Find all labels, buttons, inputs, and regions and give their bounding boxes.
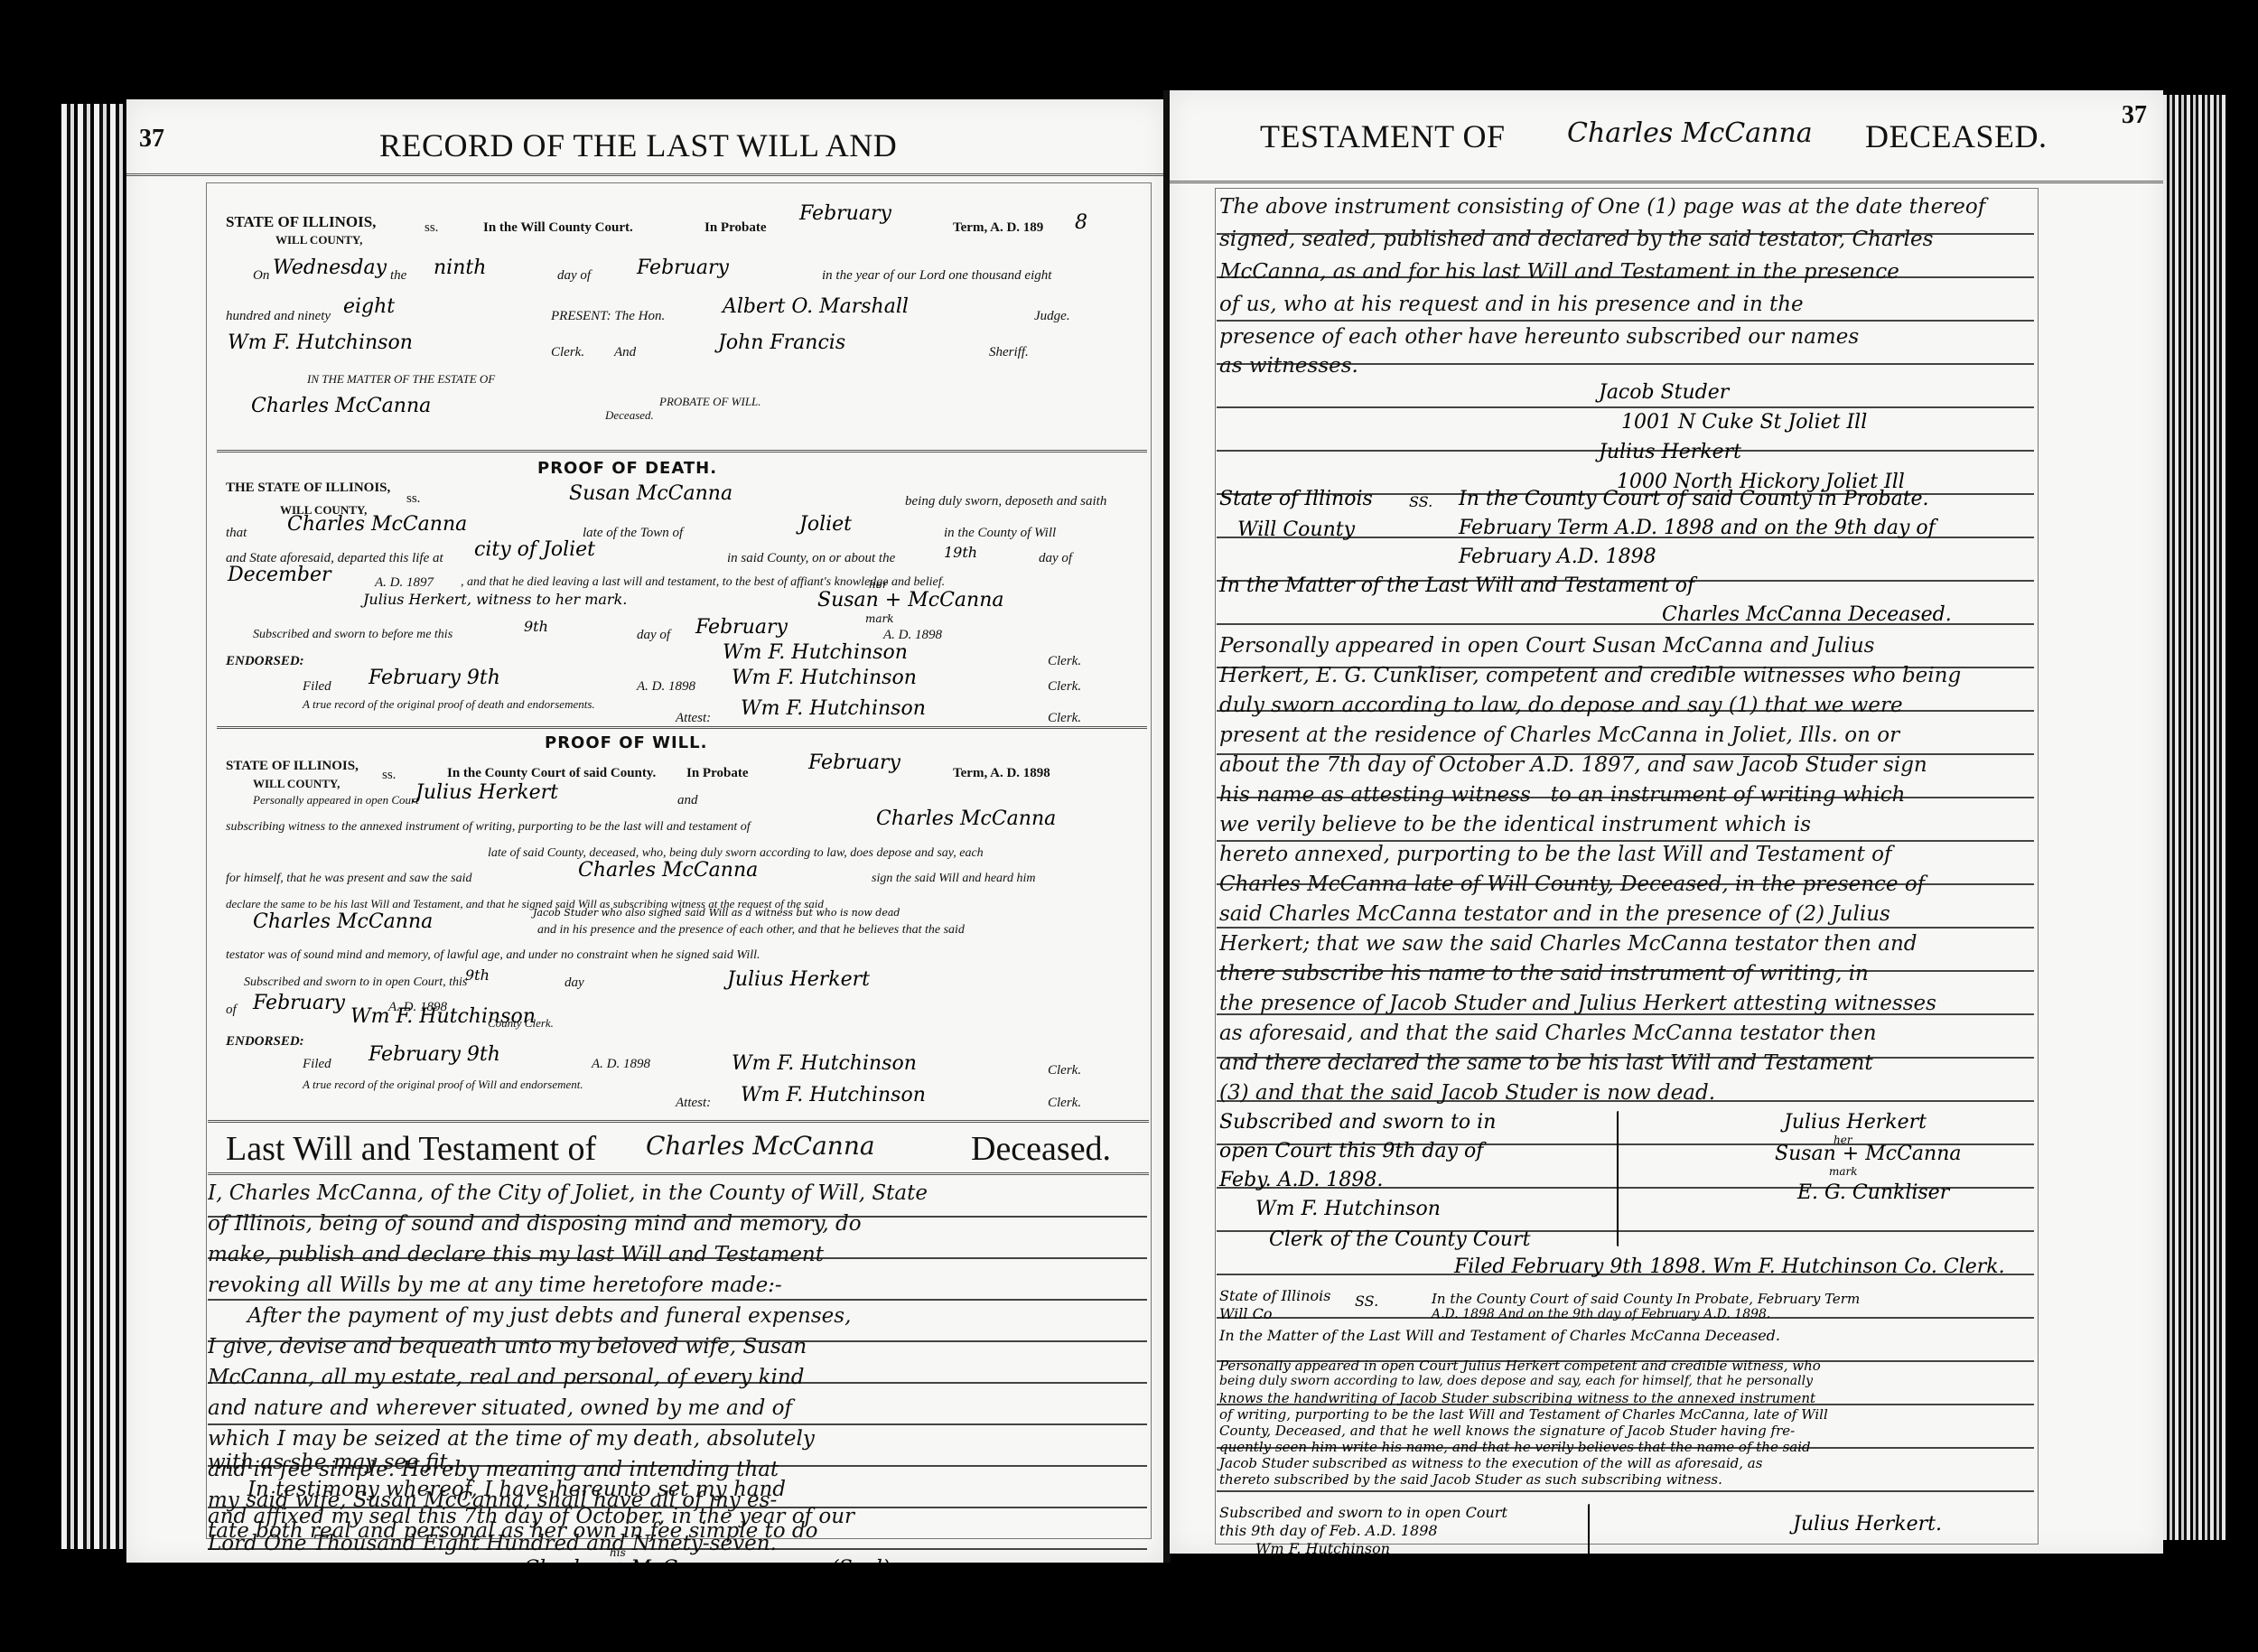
pod-filed-clerk: Wm F. Hutchinson (732, 667, 917, 689)
pod-that-label: that (226, 526, 247, 541)
in-probate-label: In Probate (704, 220, 766, 236)
ss-label: ss. (425, 220, 438, 236)
t2-line: thereto subscribed by the said Jacob Stu… (1219, 1471, 1722, 1488)
pow-appeared-label: Personally appeared in open Court (253, 793, 419, 807)
pod-witness-note: Julius Herkert, witness to her mark. (363, 591, 627, 608)
t2-line: Jacob Studer subscribed as witness to th… (1219, 1455, 1762, 1471)
will-line: with as she may see fit. (208, 1451, 1147, 1474)
t2-filed-line-2: Wm F. Hutchinson, Co. Clerk. (1662, 1578, 1879, 1595)
and-label: And (614, 345, 636, 360)
t1-court-line-1: In the County Court of said County in Pr… (1459, 488, 1929, 510)
pod-day-of-label: day of (1039, 551, 1072, 566)
t2-venue-county: Will Co (1219, 1305, 1272, 1322)
t1-jurat-line: Feby. A.D. 1898. (1219, 1169, 1383, 1191)
pod-endorsed-clerk: Wm F. Hutchinson (723, 641, 908, 664)
pod-death-year: A. D. 1897 (375, 575, 434, 591)
will-signature-mark: Mark (596, 1582, 628, 1596)
pow-clerk-label-2: Clerk. (1048, 1096, 1081, 1111)
pow-endorsed-label: ENDORSED: (226, 1034, 304, 1050)
proof-of-death-title: PROOF OF DEATH. (537, 459, 717, 478)
pow-testator-2: Charles McCanna (578, 859, 758, 882)
right-page: 37 TESTAMENT OF Charles McCanna DECEASED… (1170, 90, 2163, 1554)
t1-signature-1: Julius Herkert (1784, 1111, 1927, 1134)
pow-county-clerk-label: County Clerk. (488, 1016, 554, 1031)
t1-line: the presence of Jacob Studer and Julius … (1219, 992, 2032, 1015)
court-label: In the Will County Court. (483, 220, 633, 236)
proof-of-will-title: PROOF OF WILL. (545, 733, 707, 752)
will-witness-2: Julius Herkert (220, 1601, 324, 1618)
judge-name: Albert O. Marshall (723, 295, 909, 318)
section-rule (217, 726, 1147, 729)
pow-sound-mind-label: testator was of sound mind and memory, o… (226, 948, 760, 963)
t1-line: duly sworn according to law, do depose a… (1219, 694, 2032, 717)
t1-line: his name as attesting witness to an inst… (1219, 783, 2032, 807)
pow-subscribing-label: subscribing witness to the annexed instr… (226, 820, 751, 835)
pow-for-himself-label: for himself, that he was present and saw… (226, 872, 471, 886)
left-page-number: 37 (139, 125, 164, 154)
t1-signature-2: Susan + McCanna (1775, 1143, 1962, 1165)
attestation-line: as witnesses. (1219, 354, 2032, 378)
pow-and-label: and (677, 793, 698, 808)
book-page-edges-right (2163, 95, 2226, 1540)
t1-line: we verily believe to be the identical in… (1219, 813, 2032, 836)
will-line: make, publish and declare this my last W… (208, 1243, 1147, 1266)
will-witness-label: Witness to his mark, (208, 1563, 386, 1582)
pow-filed-clerk: Wm F. Hutchinson (732, 1052, 917, 1075)
t2-line: knows the handwriting of Jacob Studer su… (1219, 1390, 1815, 1406)
t1-line: as aforesaid, and that the said Charles … (1219, 1022, 2032, 1045)
t1-matter-name: Charles McCanna Deceased. (1662, 603, 1952, 626)
weekday: Wednesday (273, 257, 387, 279)
pod-filed-label: Filed (303, 679, 331, 695)
pow-term-month: February (808, 751, 900, 774)
t1-line: about the 7th day of October A.D. 1897, … (1219, 753, 2032, 777)
pow-county-label: WILL COUNTY, (253, 777, 340, 791)
deceased-label: Deceased. (605, 408, 654, 423)
left-page-title: RECORD OF THE LAST WILL AND (379, 126, 897, 164)
t1-line: Herkert; that we saw the said Charles Mc… (1219, 932, 2032, 956)
term-year-digit: 8 (1075, 211, 1087, 234)
will-line: In testimony whereof, I have hereunto se… (208, 1478, 1147, 1501)
day-value: ninth (434, 257, 486, 279)
pod-death-day: 19th (944, 544, 977, 561)
will-heading-rule-top (208, 1120, 1149, 1123)
t1-venue-county: Will County (1237, 518, 1355, 541)
t2-filed-line-1: Filed February 9th 1898 (1635, 1558, 1814, 1575)
pod-subscribed-month: February (695, 616, 788, 639)
t1-line: and there declared the same to be his la… (1219, 1051, 2032, 1075)
proof-of-will-endorsement: Wm F. Hutchinson County Clerk. ENDORSED:… (126, 1016, 1165, 1106)
right-title-name: Charles McCanna (1567, 117, 1813, 149)
pow-interlineation: Jacob Studer who also signed said Will a… (533, 907, 900, 919)
month-value: February (637, 257, 729, 279)
pod-filed-date: February 9th (369, 667, 500, 689)
will-line: McCanna, all my estate, real and persona… (208, 1366, 1147, 1389)
will-line: After the payment of my just debts and f… (208, 1304, 1147, 1328)
pod-sworn-label: being duly sworn, deposeth and saith (905, 494, 1106, 509)
on-label: On (253, 268, 269, 284)
the-label: the (390, 268, 406, 284)
t2-jurat-line: Clerk of the County Court. (1255, 1556, 1451, 1573)
hundred-label: hundred and ninety (226, 309, 331, 324)
pow-month: February (253, 992, 345, 1014)
pod-clerk-label-3: Clerk. (1048, 711, 1081, 726)
will-witness-1: Jacob Studer (215, 1584, 310, 1601)
deceased-name: Charles McCanna (251, 395, 431, 417)
probate-of-will-label: PROBATE OF WILL. (659, 395, 761, 409)
t2-jurat-line: Subscribed and sworn to in open Court (1219, 1504, 1507, 1521)
t1-line: Personally appeared in open Court Susan … (1219, 634, 2032, 658)
term-month: February (799, 202, 891, 225)
pod-clerk-label-1: Clerk. (1048, 654, 1081, 669)
pow-signature: Julius Herkert (727, 968, 870, 991)
pow-testator: Charles McCanna (876, 807, 1056, 830)
pod-ss-label: ss. (406, 491, 420, 507)
pod-attest-label: Attest: (676, 711, 711, 726)
will-line: which I may be seized at the time of my … (208, 1427, 1147, 1451)
pow-state-label: STATE OF ILLINOIS, (226, 759, 359, 774)
t2-ss: SS. (1355, 1293, 1378, 1310)
pod-filed-year: A. D. 1898 (637, 679, 695, 695)
pow-filed-label: Filed (303, 1057, 331, 1072)
t1-line: there subscribe his name to the said ins… (1219, 962, 2032, 985)
t1-line: Herkert, E. G. Cunkliser, competent and … (1219, 664, 2032, 687)
pow-attest-clerk: Wm F. Hutchinson (741, 1084, 926, 1106)
pow-in-probate-label: In Probate (686, 766, 748, 781)
attestation-line: McCanna, as and for his last Will and Te… (1219, 260, 2032, 284)
right-title-suffix: DECEASED. (1865, 117, 2048, 155)
t1-ss: SS. (1409, 493, 1432, 510)
clerk-label: Clerk. (551, 345, 584, 360)
present-label: PRESENT: The Hon. (551, 309, 665, 324)
t1-line: hereto annexed, purporting to be the las… (1219, 843, 2032, 866)
proof-of-will-section: PROOF OF WILL. STATE OF ILLINOIS, WILL C… (126, 732, 1165, 1030)
pow-presence-label: and in his presence and the presence of … (537, 923, 965, 938)
t1-jurat-line: Clerk of the County Court (1269, 1228, 1530, 1251)
pow-testator-3: Charles McCanna (253, 910, 433, 933)
will-heading-rule-bottom (208, 1172, 1149, 1175)
t1-court-line-2: February Term A.D. 1898 and on the 9th d… (1459, 517, 1936, 539)
attestation-witness-1-name: Jacob Studer (1599, 381, 1729, 404)
probate-header-section: STATE OF ILLINOIS, WILL COUNTY, ss. In t… (126, 182, 1165, 453)
day-of-label: day of (557, 268, 591, 284)
pod-death-month: December (228, 564, 331, 586)
pod-place: city of Joliet (474, 538, 595, 561)
t2-jurat-line: this 9th day of Feb. A.D. 1898 (1219, 1522, 1438, 1539)
pod-decedent: Charles McCanna (287, 513, 467, 536)
section-rule (217, 450, 1147, 453)
pow-sign-label: sign the said Will and heard him (872, 872, 1035, 886)
t1-signature-3: E. G. Cunkliser (1797, 1181, 1949, 1204)
header-rule (1170, 181, 2163, 183)
county-label: WILL COUNTY, (275, 233, 362, 247)
will-line: Lord One Thousand Eight Hundred and Nine… (208, 1532, 1147, 1555)
proof-of-death-section: PROOF OF DEATH. THE STATE OF ILLINOIS, W… (126, 453, 1165, 724)
pod-town: Joliet (799, 513, 852, 536)
will-line: revoking all Wills by me at any time her… (208, 1274, 1147, 1297)
t1-court-line-3: February A.D. 1898 (1459, 546, 1656, 568)
pod-attest-clerk: Wm F. Hutchinson (741, 697, 926, 720)
will-line: and affixed my seal this 7th day of Octo… (208, 1505, 1147, 1528)
pow-true-record-label: A true record of the original proof of W… (303, 1078, 583, 1092)
t2-court-line-1: In the County Court of said County In Pr… (1432, 1291, 1860, 1307)
will-heading-name: Charles McCanna (646, 1131, 875, 1161)
t1-line: present at the residence of Charles McCa… (1219, 723, 2032, 747)
book-page-edges-left (61, 104, 126, 1549)
will-line: I, Charles McCanna, of the City of Jolie… (208, 1181, 1147, 1205)
t2-matter-line: In the Matter of the Last Will and Testa… (1219, 1327, 1780, 1344)
attestation-witness-2-name: Julius Herkert (1599, 441, 1741, 463)
will-heading-prefix: Last Will and Testament of (226, 1129, 596, 1169)
t2-line: quently seen him write his name, and tha… (1219, 1439, 1811, 1455)
attestation-line: of us, who at his request and in his pre… (1219, 293, 2032, 316)
left-page: 37 RECORD OF THE LAST WILL AND STATE OF … (126, 99, 1165, 1563)
pow-witness: Julius Herkert (415, 781, 558, 804)
matter-label: IN THE MATTER OF THE ESTATE OF (307, 372, 495, 387)
judge-label: Judge. (1034, 309, 1070, 324)
pow-filed-date: February 9th (369, 1043, 500, 1066)
right-title-prefix: TESTAMENT OF (1260, 117, 1505, 155)
will-line: I give, devise and bequeath unto my belo… (208, 1335, 1147, 1358)
pow-subscribed-label: Subscribed and sworn to in open Court, t… (244, 975, 467, 990)
t2-court-line-2: A.D. 1898 And on the 9th day of February… (1432, 1307, 1770, 1321)
t1-jurat-line: Wm F. Hutchinson (1255, 1198, 1441, 1220)
will-body-lower: with as she may see fit. In testimony wh… (208, 1456, 1147, 1628)
clerk-name: Wm F. Hutchinson (228, 331, 413, 354)
term-label: Term, A. D. 189 (953, 220, 1043, 236)
will-seal: (Seal). (831, 1557, 896, 1580)
pod-signature-mark: mark (865, 612, 894, 625)
pow-term-label: Term, A. D. 1898 (953, 766, 1050, 781)
pod-signature: Susan + McCanna (817, 589, 1004, 611)
t1-line: Charles McCanna late of Will County, Dec… (1219, 873, 2032, 896)
pod-subscribed-label: Subscribed and sworn to before me this (253, 628, 453, 642)
attestation-line: presence of each other have hereunto sub… (1219, 325, 2032, 349)
t1-signature-mark: mark (1829, 1165, 1858, 1178)
t1-jurat-line: open Court this 9th day of (1219, 1140, 1483, 1162)
pow-court-label: In the County Court of said County. (447, 766, 656, 781)
year-text-label: in the year of our Lord one thousand eig… (822, 268, 1051, 284)
t2-signature: Julius Herkert. (1793, 1513, 1942, 1535)
t1-line: (3) and that the said Jacob Studer is no… (1219, 1081, 2032, 1105)
will-line: of Illinois, being of sound and disposin… (208, 1212, 1147, 1236)
state-label: STATE OF ILLINOIS, (226, 213, 376, 231)
pod-state-label: THE STATE OF ILLINOIS, (226, 481, 390, 496)
pod-clerk-label-2: Clerk. (1048, 679, 1081, 695)
pow-attest-label: Attest: (676, 1096, 711, 1111)
attestation-line: signed, sealed, published and declared b… (1219, 228, 2032, 251)
pod-county-of-label: in the County of Will (944, 526, 1056, 541)
header-rule (126, 173, 1165, 176)
t1-brace (1617, 1111, 1620, 1246)
will-heading-suffix: Deceased. (971, 1129, 1111, 1169)
t2-brace (1588, 1504, 1591, 1581)
pod-in-county-label: in said County, on or about the (727, 551, 895, 566)
will-signature: Charles ≠ McCanna (524, 1557, 727, 1580)
t2-line: being duly sworn according to law, does … (1219, 1374, 1813, 1388)
pow-day-label: day (564, 975, 584, 991)
t2-line: of writing, purporting to be the last Wi… (1219, 1406, 1828, 1423)
pod-subscribed-day: 9th (524, 618, 548, 635)
t1-line: said Charles McCanna testator and in the… (1219, 902, 2032, 926)
pow-filed-year: A. D. 1898 (592, 1057, 650, 1072)
t2-line: Personally appeared in open Court Julius… (1219, 1358, 1821, 1374)
t1-jurat-line: Subscribed and sworn to in (1219, 1111, 1496, 1134)
t1-matter-line: In the Matter of the Last Will and Testa… (1219, 574, 1694, 597)
right-page-number: 37 (2122, 101, 2147, 130)
pod-true-record-label: A true record of the original proof of d… (303, 697, 595, 712)
will-line: and nature and wherever situated, owned … (208, 1396, 1147, 1420)
pow-ss-label: ss. (382, 768, 396, 783)
sheriff-label: Sheriff. (989, 345, 1029, 360)
t2-venue-state: State of Illinois (1219, 1287, 1331, 1304)
pow-clerk-label-1: Clerk. (1048, 1063, 1081, 1078)
pod-subscribed-day-of: day of (637, 628, 670, 643)
sheriff-name: John Francis (718, 331, 845, 354)
t2-line: County, Deceased, and that he well knows… (1219, 1423, 1795, 1439)
pod-late-of-label: late of the Town of (583, 526, 683, 541)
t1-venue-state: State of Illinois (1219, 488, 1373, 510)
pod-affiant: Susan McCanna (569, 482, 732, 505)
attestation-line: The above instrument consisting of One (… (1219, 195, 2032, 219)
year-word: eight (343, 295, 395, 318)
pow-subscribed-day: 9th (465, 966, 490, 984)
t2-jurat-line: Wm F. Hutchinson (1255, 1540, 1390, 1557)
pod-endorsed-label: ENDORSED: (226, 654, 304, 669)
attestation-witness-1-address: 1001 N Cuke St Joliet Ill (1621, 411, 1867, 434)
t1-filed-line: Filed February 9th 1898. Wm F. Hutchinso… (1454, 1255, 2005, 1278)
